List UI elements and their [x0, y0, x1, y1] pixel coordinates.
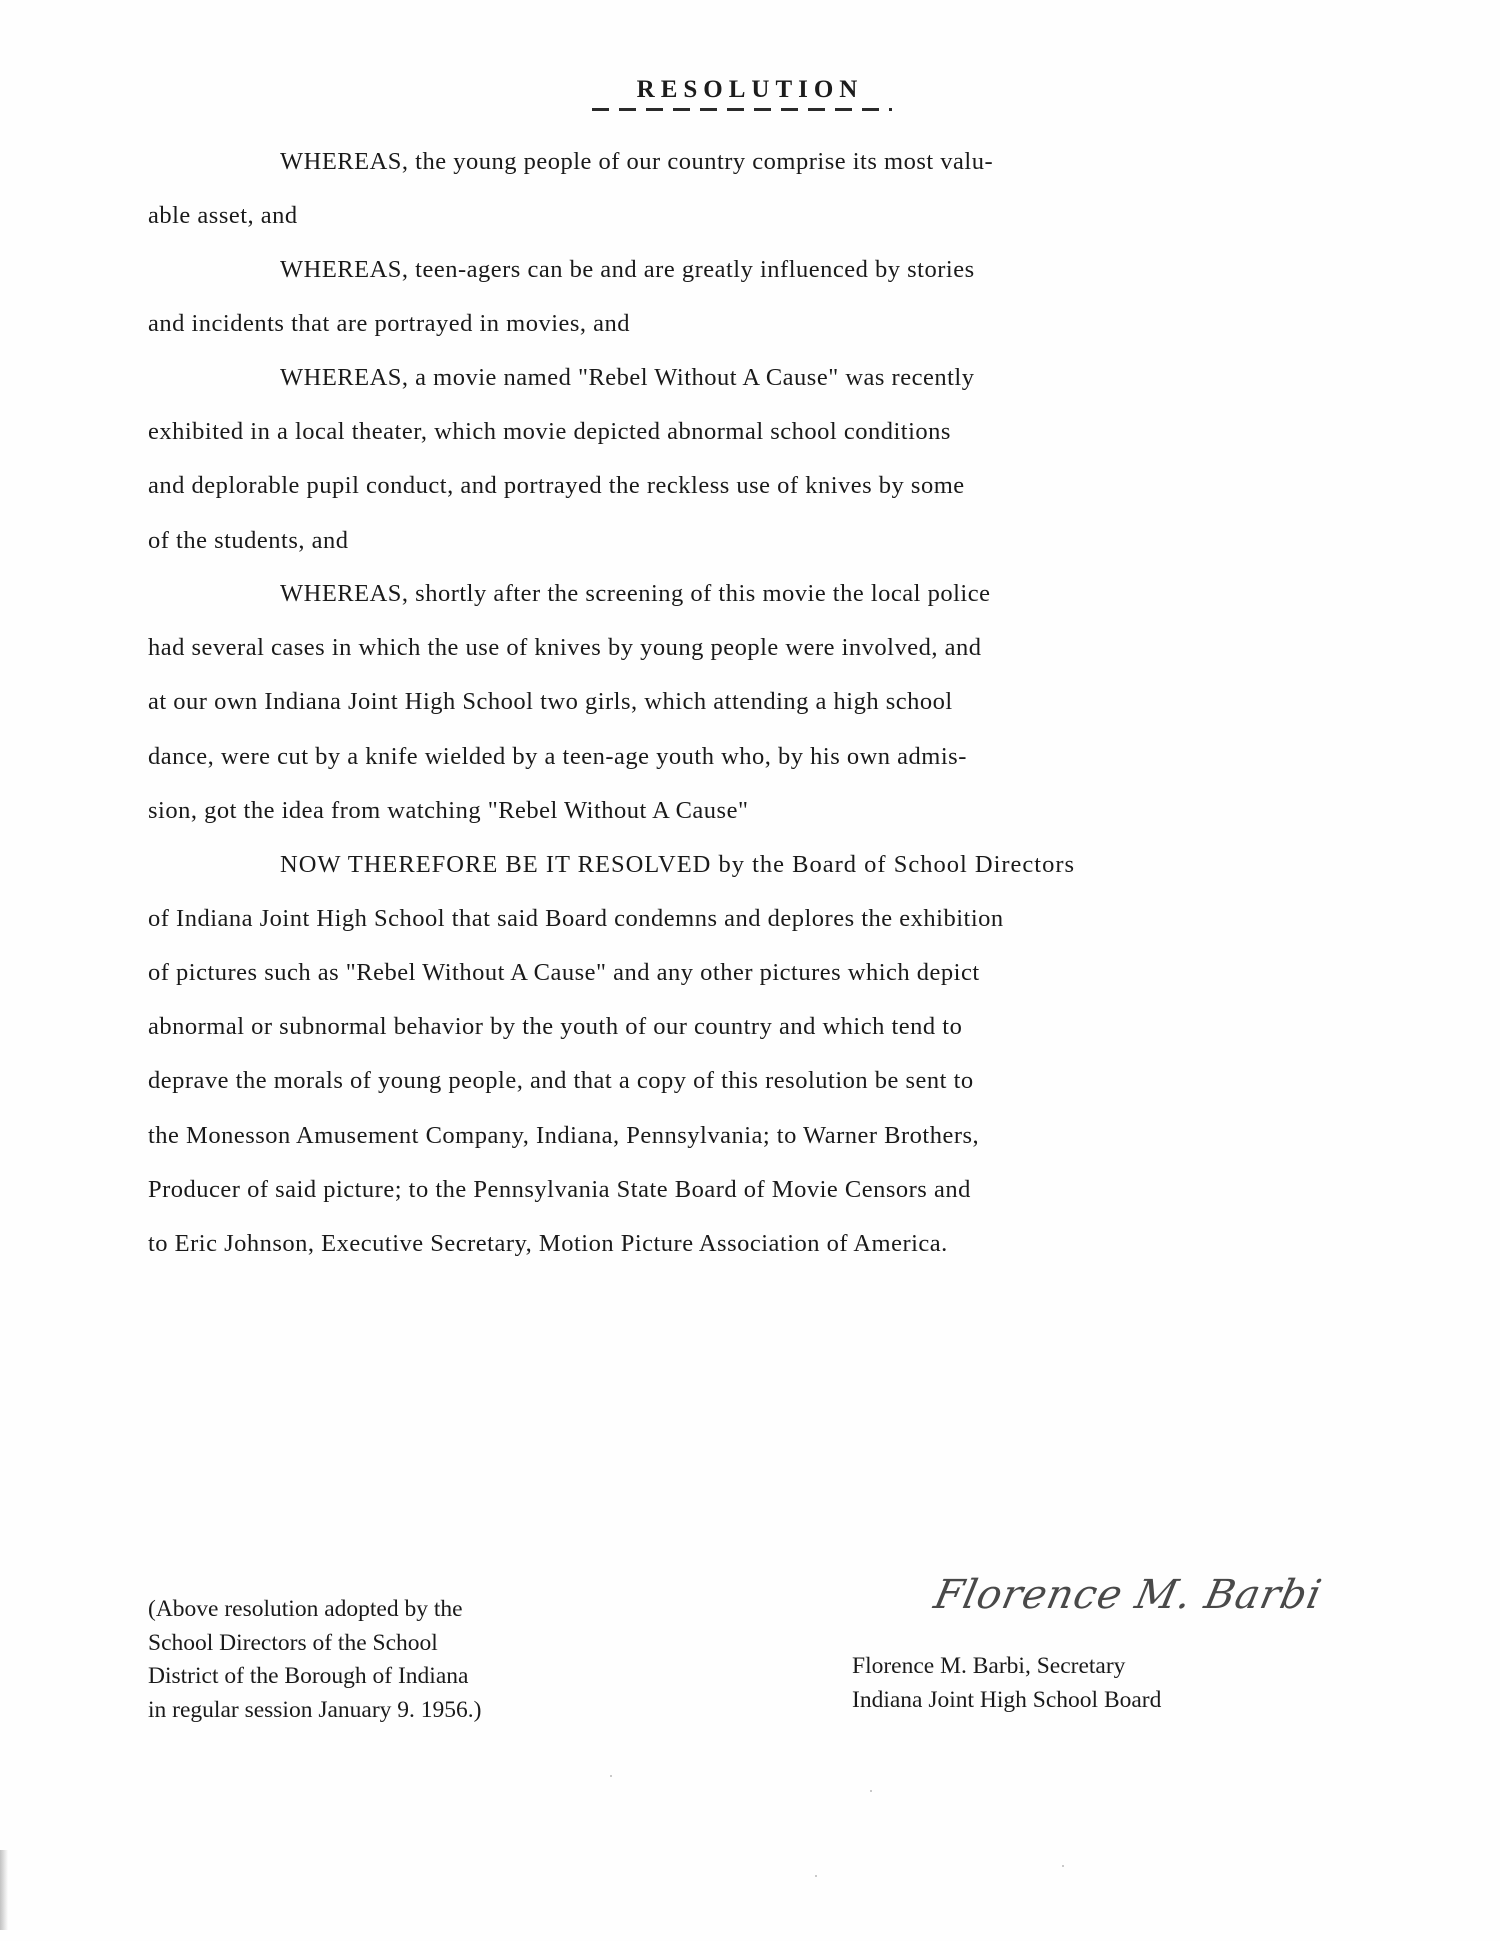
document-title: RESOLUTION	[0, 76, 1500, 111]
body-line: WHEREAS, the young people of our country…	[280, 148, 993, 176]
adoption-note: (Above resolution adopted by the School …	[148, 1593, 482, 1727]
signer-name-title: Florence M. Barbi, Secretary	[852, 1650, 1161, 1684]
body-line: WHEREAS, teen-agers can be and are great…	[280, 256, 975, 284]
body-line: and incidents that are portrayed in movi…	[148, 310, 630, 338]
paper-speck	[1062, 1865, 1064, 1867]
body-line: and deplorable pupil conduct, and portra…	[148, 472, 965, 500]
adoption-note-line: (Above resolution adopted by the	[148, 1593, 482, 1627]
body-line: the Monesson Amusement Company, Indiana,…	[148, 1122, 979, 1150]
body-line: deprave the morals of young people, and …	[148, 1067, 974, 1095]
body-line: had several cases in which the use of kn…	[148, 634, 981, 662]
paper-speck	[610, 1775, 612, 1777]
title-dashed-underline	[592, 108, 892, 111]
adoption-note-line: School Directors of the School	[148, 1627, 482, 1661]
body-line: Producer of said picture; to the Pennsyl…	[148, 1176, 971, 1204]
body-line: able asset, and	[148, 202, 298, 230]
paper-speck	[870, 1790, 872, 1792]
body-line: of the students, and	[148, 527, 349, 555]
document-page: RESOLUTION WHEREAS, the young people of …	[0, 0, 1500, 1941]
title-text: RESOLUTION	[637, 76, 864, 103]
resolved-line: NOW THEREFORE BE IT RESOLVED by the Boar…	[280, 851, 1075, 879]
body-line: exhibited in a local theater, which movi…	[148, 418, 951, 446]
handwritten-signature: Florence M. Barbi	[930, 1572, 1326, 1618]
body-line: dance, were cut by a knife wielded by a …	[148, 743, 967, 771]
body-line: sion, got the idea from watching "Rebel …	[148, 797, 748, 825]
body-line: WHEREAS, a movie named "Rebel Without A …	[280, 364, 974, 392]
body-line: WHEREAS, shortly after the screening of …	[280, 580, 990, 608]
signature-block: Florence M. Barbi, Secretary Indiana Joi…	[852, 1650, 1161, 1717]
body-line: of Indiana Joint High School that said B…	[148, 905, 1004, 933]
body-line: of pictures such as "Rebel Without A Cau…	[148, 959, 980, 987]
adoption-note-line: in regular session January 9. 1956.)	[148, 1694, 482, 1728]
adoption-note-line: District of the Borough of Indiana	[148, 1660, 482, 1694]
paper-edge-shadow	[0, 1850, 8, 1930]
body-line: to Eric Johnson, Executive Secretary, Mo…	[148, 1230, 948, 1258]
paper-speck	[815, 1875, 817, 1877]
body-line: abnormal or subnormal behavior by the yo…	[148, 1013, 962, 1041]
body-line: at our own Indiana Joint High School two…	[148, 688, 953, 716]
signer-organization: Indiana Joint High School Board	[852, 1684, 1161, 1718]
